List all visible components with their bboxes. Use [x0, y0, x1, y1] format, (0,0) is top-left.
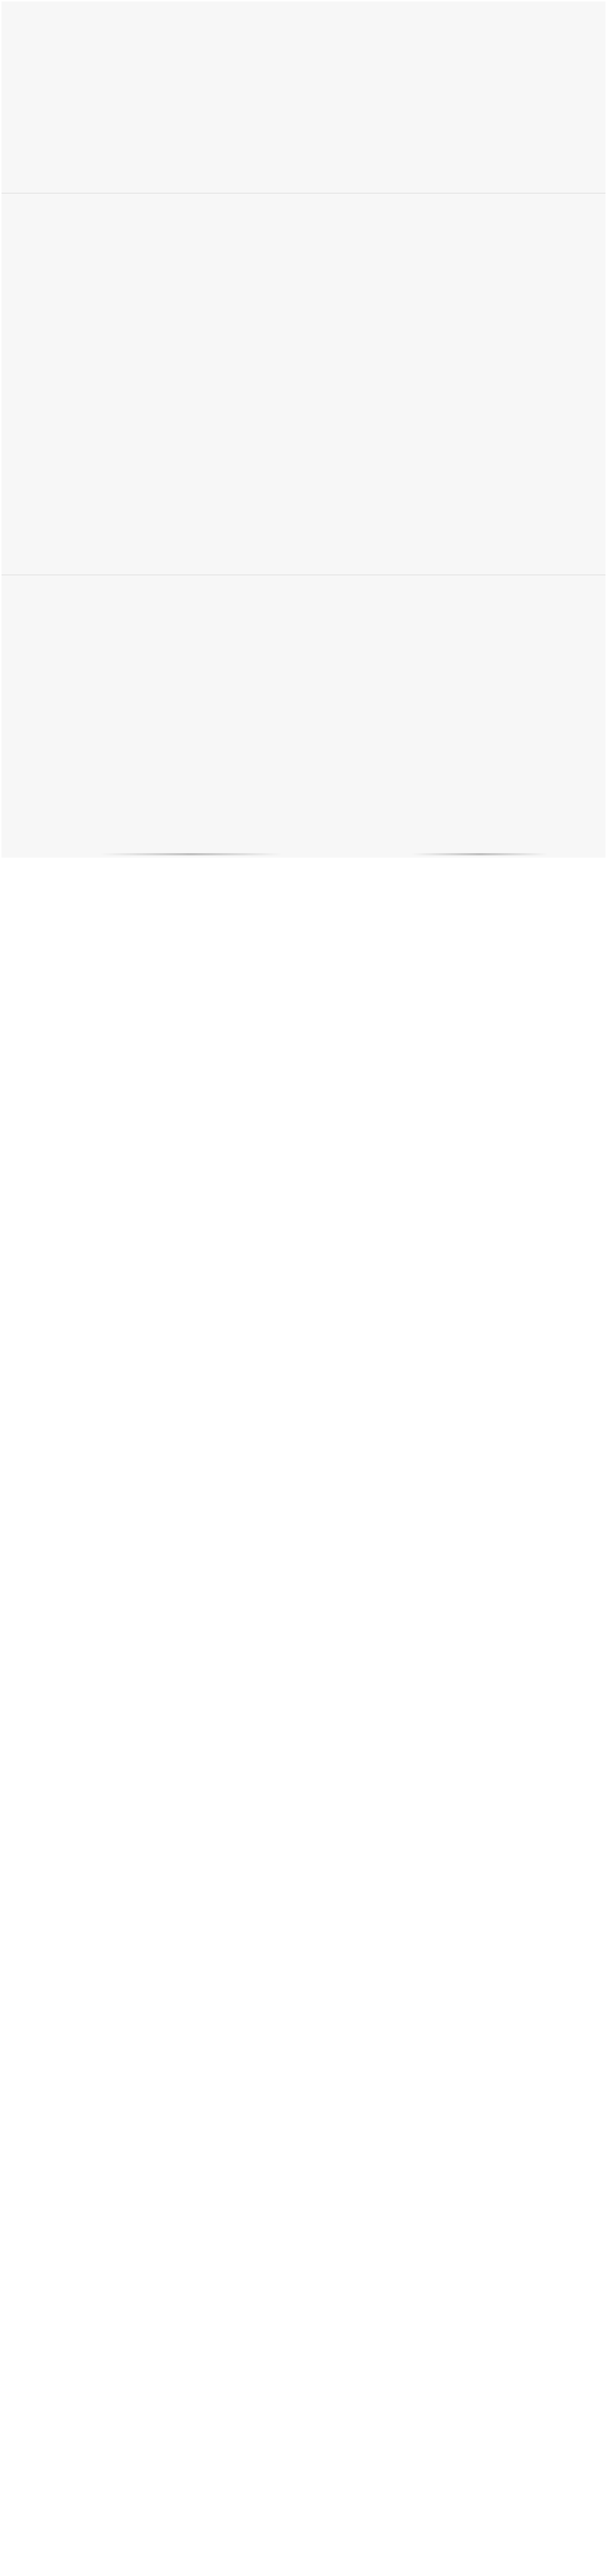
page-shadow — [100, 853, 282, 855]
scan-fold-line — [2, 575, 605, 575]
document-page-1 — [2, 2, 605, 858]
scan-fold-line — [2, 193, 605, 194]
page-shadow — [411, 853, 548, 855]
